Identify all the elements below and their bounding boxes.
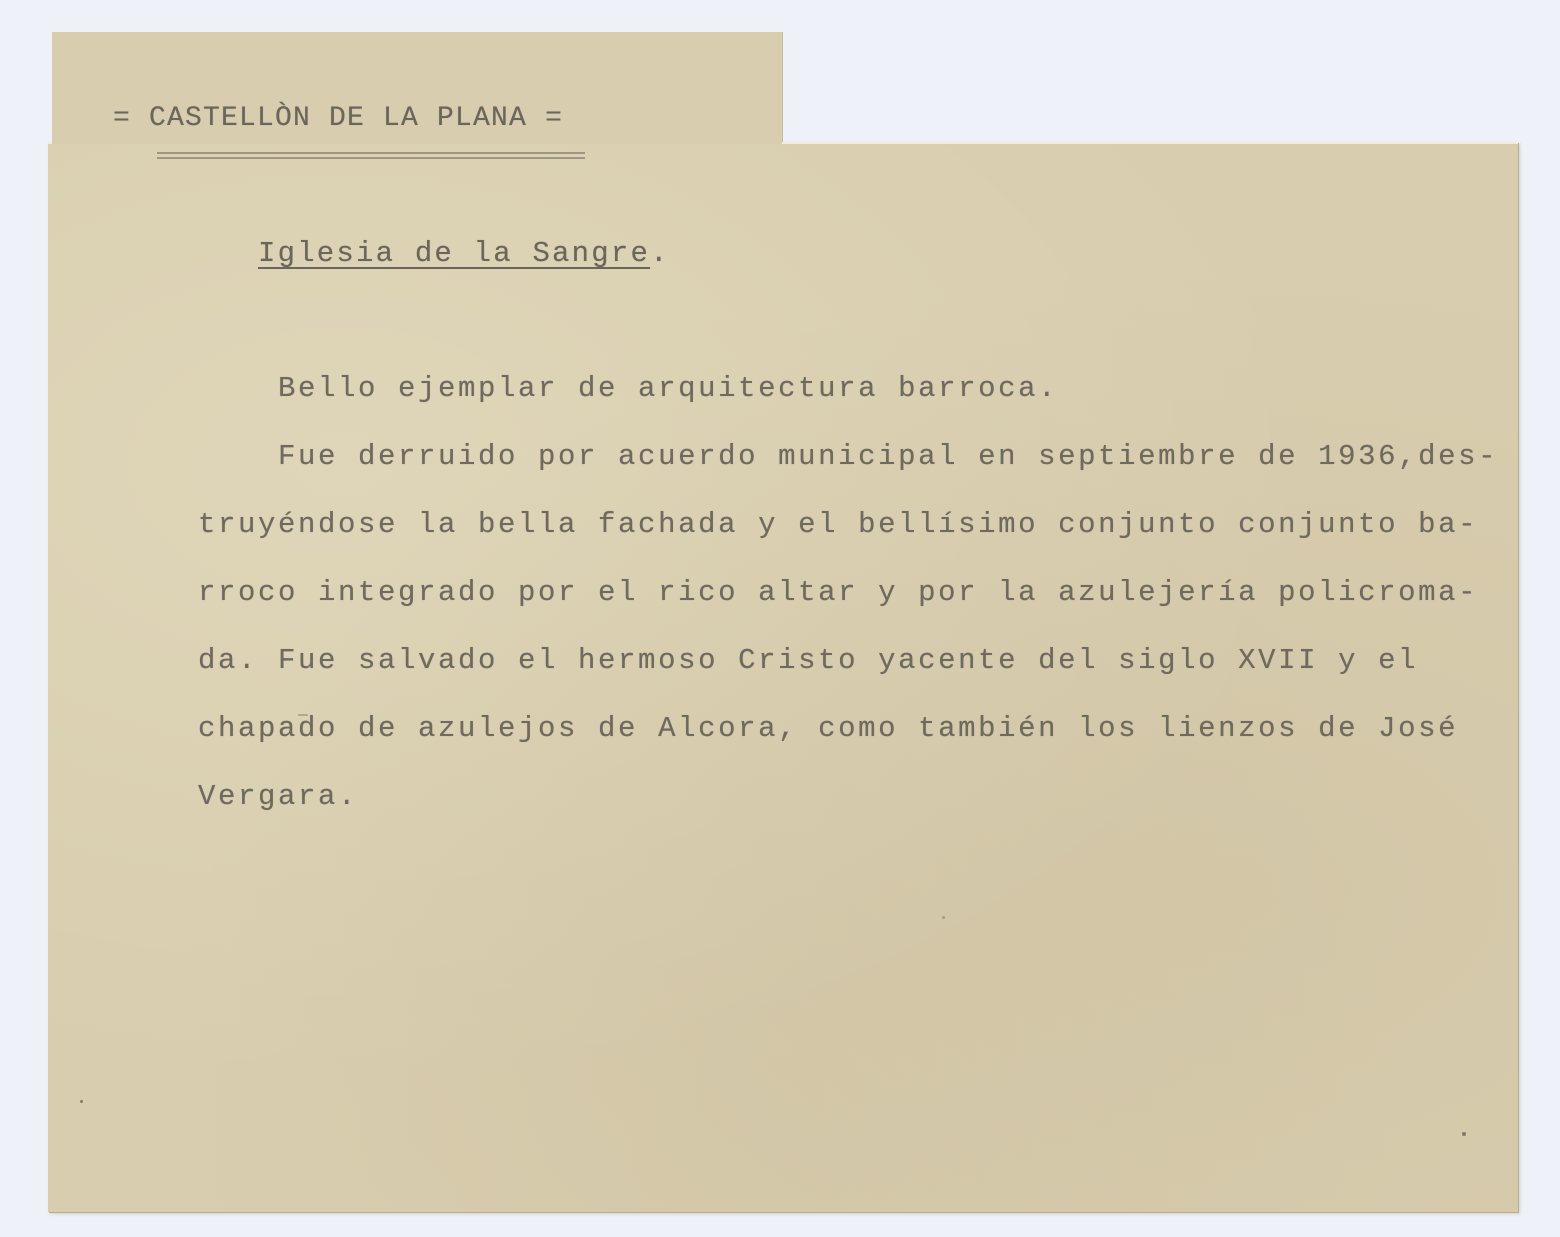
card-title-period: . — [650, 237, 670, 270]
card-body-text: Bello ejemplar de arquitectura barroca. … — [198, 338, 1498, 848]
header-double-underline — [157, 152, 585, 159]
card-title-text: Iglesia de la Sangre — [258, 237, 650, 270]
body-line: Bello ejemplar de arquitectura barroca. — [198, 372, 1498, 406]
body-line: truyéndose la bella fachada y el bellísi… — [198, 508, 1498, 542]
ink-speck — [80, 1100, 83, 1103]
body-line: da. Fue salvado el hermoso Cristo yacent… — [198, 644, 1498, 678]
body-line: Fue derruido por acuerdo municipal en se… — [198, 440, 1498, 474]
body-line: rroco integrado por el rico altar y por … — [198, 576, 1498, 610]
card-title: Iglesia de la Sangre. — [258, 237, 670, 271]
ink-speck — [942, 916, 945, 919]
card-header-location: = CASTELLÒN DE LA PLANA = — [113, 102, 563, 136]
body-line: Vergara. — [198, 780, 1498, 814]
body-line: chapado de azulejos de Alcora, como tamb… — [198, 712, 1498, 746]
ink-speck — [1462, 1132, 1466, 1136]
